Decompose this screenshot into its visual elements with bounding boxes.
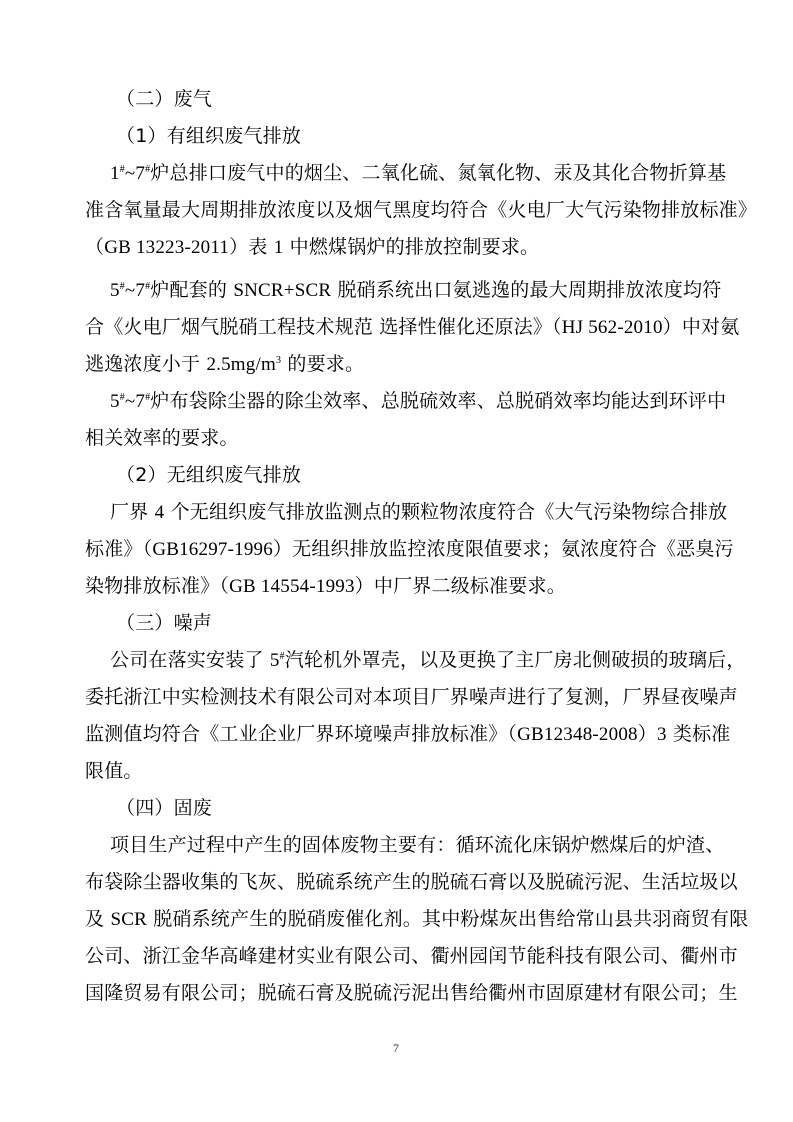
heading-text: （2）无组织废气排放: [116, 464, 301, 486]
text: 委托浙江中实检测技术有限公司对本项目厂界噪声进行了复测，厂界昼夜噪声: [85, 686, 738, 708]
paragraph-line: 委托浙江中实检测技术有限公司对本项目厂界噪声进行了复测，厂界昼夜噪声: [85, 682, 738, 712]
text: 1: [274, 237, 284, 258]
paragraph-line: 国隆贸易有限公司；脱硫石膏及脱硫污泥出售给衢州市固原建材有限公司；生: [85, 978, 738, 1008]
paragraph-line: 限值。: [85, 756, 143, 786]
text: 炉布袋除尘器的除尘效率、总脱硫效率、总脱硝效率均能达到环评中: [150, 390, 726, 412]
text: 5: [270, 650, 280, 671]
heading-text: （1）有组织废气排放: [116, 125, 301, 147]
paragraph-line: 监测值均符合《工业企业厂界环境噪声排放标准》（GB12348-2008）3 类标…: [85, 719, 730, 749]
standard-code: GB 14554-1993: [229, 576, 355, 597]
text: SNCR+SCR: [233, 280, 331, 301]
paragraph-line: 厂界 4 个无组织废气排放监测点的颗粒物浓度符合《大气污染物综合排放: [110, 497, 727, 527]
text: ）中厂界二级标准要求。: [355, 575, 566, 597]
text: 2.5mg/m: [206, 354, 276, 375]
text: 类标准: [667, 723, 731, 745]
text: 的要求。: [281, 353, 364, 375]
paragraph-line: 染物排放标准》（GB 14554-1993）中厂界二级标准要求。: [85, 571, 566, 601]
text: 5: [110, 391, 120, 412]
text: 汽轮机外罩壳，以及更换了主厂房北侧破损的玻璃后，: [285, 649, 746, 671]
paragraph-line: 逃逸浓度小于 2.5mg/m3 的要求。: [85, 349, 364, 379]
text: 准含氧量最大周期排放浓度以及烟气黑度均符合《火电厂大气污染物排放标准》: [85, 199, 757, 221]
subsection-heading-fugitive-emissions: （2）无组织废气排放: [116, 460, 301, 490]
text: 布袋除尘器收集的飞灰、脱硫系统产生的脱硫石膏以及脱硫污泥、生活垃圾以: [85, 871, 738, 893]
text: 相关效率的要求。: [85, 427, 239, 449]
text: ~7: [125, 391, 145, 412]
text: 脱硝系统出口氨逃逸的最大周期排放浓度均符: [331, 279, 721, 301]
paragraph-line: 标准》（GB16297-1996）无组织排放监控浓度限值要求；氨浓度符合《恶臭污: [85, 534, 734, 564]
text: 3: [657, 724, 667, 745]
text: 1: [110, 163, 120, 184]
text: 国隆贸易有限公司；脱硫石膏及脱硫污泥出售给衢州市固原建材有限公司；生: [85, 982, 738, 1004]
text: ）表: [229, 236, 274, 258]
text: 中燃煤锅炉的排放控制要求。: [283, 236, 539, 258]
text: 脱硝系统产生的脱硝废催化剂。其中粉煤灰出售给常山县共羽商贸有限: [147, 908, 748, 930]
text: 炉总排口废气中的烟尘、二氧化硫、氮氧化物、汞及其化合物折算基: [150, 162, 726, 184]
text: 厂界: [110, 501, 155, 523]
text: 炉配套的: [150, 279, 233, 301]
paragraph-line: 相关效率的要求。: [85, 423, 239, 453]
paragraph-line: 及 SCR 脱硝系统产生的脱硝废催化剂。其中粉煤灰出售给常山县共羽商贸有限: [85, 904, 748, 934]
page-number: 7: [393, 1041, 399, 1056]
heading-text: （三）噪声: [116, 612, 212, 634]
text: ）无组织排放监控浓度限值要求；氨浓度符合《恶臭污: [273, 538, 734, 560]
text: 4: [155, 502, 165, 523]
text: ）中对氨: [663, 316, 740, 338]
text: 及: [85, 908, 110, 930]
text: 染物排放标准》（: [85, 575, 229, 597]
paragraph-line: 合《火电厂烟气脱硝工程技术规范 选择性催化还原法》（HJ 562-2010）中对…: [85, 312, 739, 342]
text: 监测值均符合《工业企业厂界环境噪声排放标准》（: [85, 723, 517, 745]
paragraph-line: 公司在落实安装了 5#汽轮机外罩壳，以及更换了主厂房北侧破损的玻璃后，: [110, 645, 746, 675]
standard-code: GB12348-2008: [517, 724, 638, 745]
text: 限值。: [85, 760, 143, 782]
heading-text: （四）固废: [116, 797, 212, 819]
text: 公司、浙江金华高峰建材实业有限公司、衢州园闰节能科技有限公司、衢州市: [85, 945, 738, 967]
section-heading-waste-gas: （二）废气: [116, 84, 212, 114]
paragraph-line: 5#~7#炉布袋除尘器的除尘效率、总脱硫效率、总脱硝效率均能达到环评中: [110, 386, 726, 416]
paragraph-line: 5#~7#炉配套的 SNCR+SCR 脱硝系统出口氨逃逸的最大周期排放浓度均符: [110, 275, 721, 305]
text: 个无组织废气排放监测点的颗粒物浓度符合《大气污染物综合排放: [164, 501, 727, 523]
text: 5: [110, 280, 120, 301]
text: 项目生产过程中产生的固体废物主要有：循环流化床锅炉燃煤后的炉渣、: [110, 834, 724, 856]
standard-code: GB16297-1996: [152, 539, 273, 560]
paragraph-line: 布袋除尘器收集的飞灰、脱硫系统产生的脱硫石膏以及脱硫污泥、生活垃圾以: [85, 867, 738, 897]
subsection-heading-organized-emissions: （1）有组织废气排放: [116, 121, 301, 151]
standard-code: GB 13223-2011: [104, 237, 229, 258]
paragraph-line: （GB 13223-2011）表 1 中燃煤锅炉的排放控制要求。: [85, 232, 539, 262]
section-heading-noise: （三）噪声: [116, 608, 212, 638]
text: 公司在落实安装了: [110, 649, 270, 671]
paragraph-line: 1#~7#炉总排口废气中的烟尘、二氧化硫、氮氧化物、汞及其化合物折算基: [110, 158, 726, 188]
text: ~7: [125, 163, 145, 184]
section-heading-solid-waste: （四）固废: [116, 793, 212, 823]
text: ~7: [125, 280, 145, 301]
text: （: [85, 236, 104, 258]
paragraph-line: 项目生产过程中产生的固体废物主要有：循环流化床锅炉燃煤后的炉渣、: [110, 830, 724, 860]
text: SCR: [110, 909, 147, 930]
heading-text: （二）废气: [116, 88, 212, 110]
standard-code: HJ 562-2010: [562, 317, 663, 338]
text: 逃逸浓度小于: [85, 353, 206, 375]
text: 标准》（: [85, 538, 152, 560]
paragraph-line: 准含氧量最大周期排放浓度以及烟气黑度均符合《火电厂大气污染物排放标准》: [85, 195, 757, 225]
text: 合《火电厂烟气脱硝工程技术规范 选择性催化还原法》（: [85, 316, 562, 338]
text: ）: [638, 723, 657, 745]
paragraph-line: 公司、浙江金华高峰建材实业有限公司、衢州园闰节能科技有限公司、衢州市: [85, 941, 738, 971]
